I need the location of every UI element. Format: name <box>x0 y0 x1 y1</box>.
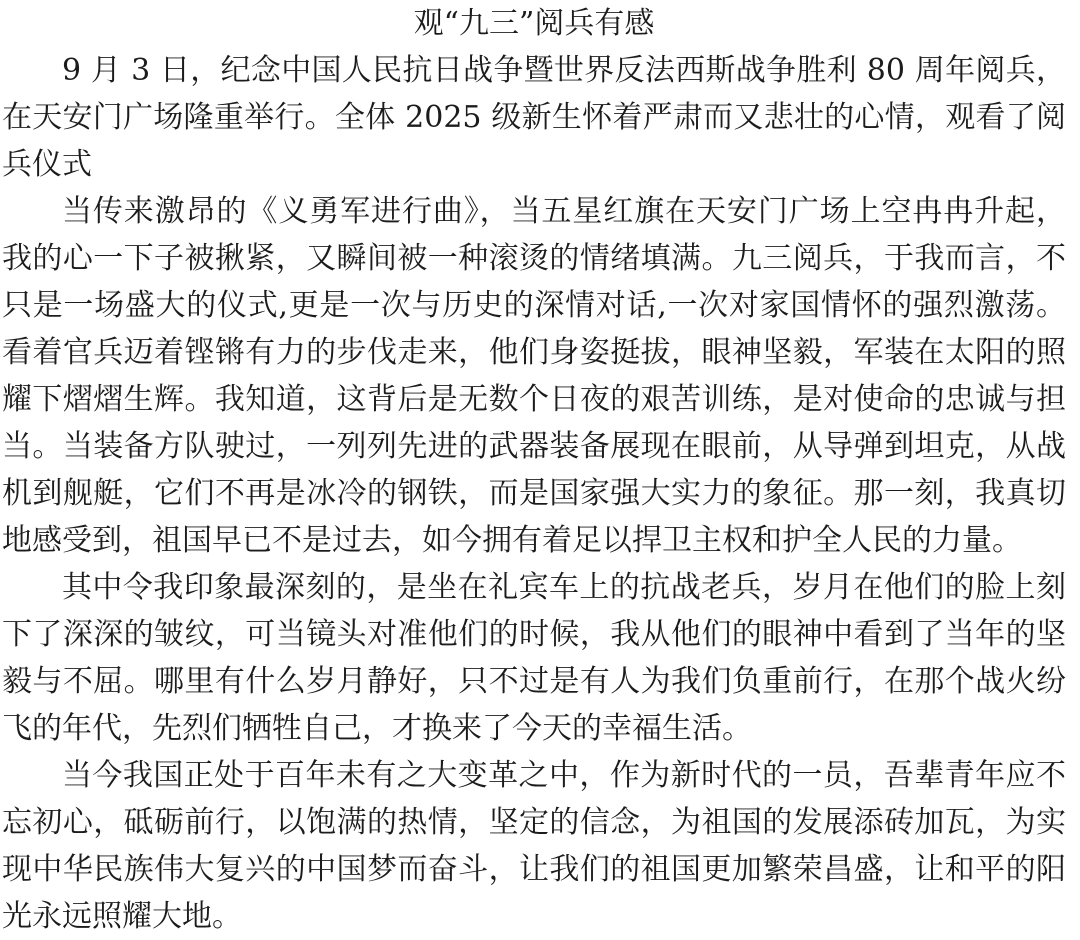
text-line: 光永远照耀大地。 <box>2 893 1066 940</box>
document-page: 观“九三”阅兵有感 9 月 3 日，纪念中国人民抗日战争暨世界反法西斯战争胜利 … <box>0 0 1080 940</box>
text-line: 当传来激昂的《义勇军进行曲》，当五星红旗在天安门广场上空冉冉升起， <box>2 188 1066 235</box>
paragraph: 其中令我印象最深刻的，是坐在礼宾车上的抗战老兵，岁月在他们的脸上刻下了深深的皱纹… <box>2 564 1066 752</box>
paragraph: 当今我国正处于百年未有之大变革之中，作为新时代的一员，吾辈青年应不忘初心，砥砺前… <box>2 752 1066 940</box>
text-line: 当。当装备方队驶过，一列列先进的武器装备展现在眼前，从导弹到坦克，从战 <box>2 423 1066 470</box>
text-line: 当今我国正处于百年未有之大变革之中，作为新时代的一员，吾辈青年应不 <box>2 752 1066 799</box>
text-line: 在天安门广场隆重举行。全体 2025 级新生怀着严肃而又悲壮的心情，观看了阅 <box>2 94 1066 141</box>
text-line: 毅与不屈。哪里有什么岁月静好，只不过是有人为我们负重前行，在那个战火纷 <box>2 658 1066 705</box>
text-line: 9 月 3 日，纪念中国人民抗日战争暨世界反法西斯战争胜利 80 周年阅兵， <box>2 47 1066 94</box>
paragraph: 当传来激昂的《义勇军进行曲》，当五星红旗在天安门广场上空冉冉升起，我的心一下子被… <box>2 188 1066 564</box>
document-title: 观“九三”阅兵有感 <box>2 0 1066 47</box>
text-line: 飞的年代，先烈们牺牲自己，才换来了今天的幸福生活。 <box>2 705 1066 752</box>
text-line: 忘初心，砥砺前行，以饱满的热情，坚定的信念，为祖国的发展添砖加瓦，为实 <box>2 799 1066 846</box>
document-body: 9 月 3 日，纪念中国人民抗日战争暨世界反法西斯战争胜利 80 周年阅兵，在天… <box>2 47 1066 940</box>
text-line: 现中华民族伟大复兴的中国梦而奋斗，让我们的祖国更加繁荣昌盛，让和平的阳 <box>2 846 1066 893</box>
text-line: 机到舰艇，它们不再是冰冷的钢铁，而是国家强大实力的象征。那一刻，我真切 <box>2 470 1066 517</box>
text-line: 兵仪式 <box>2 141 1066 188</box>
text-line: 地感受到，祖国早已不是过去，如今拥有着足以捍卫主权和护全人民的力量。 <box>2 517 1066 564</box>
text-line: 只是一场盛大的仪式,更是一次与历史的深情对话,一次对家国情怀的强烈激荡。 <box>2 282 1066 329</box>
paragraph: 9 月 3 日，纪念中国人民抗日战争暨世界反法西斯战争胜利 80 周年阅兵，在天… <box>2 47 1066 188</box>
text-line: 耀下熠熠生辉。我知道，这背后是无数个日夜的艰苦训练，是对使命的忠诚与担 <box>2 376 1066 423</box>
text-line: 其中令我印象最深刻的，是坐在礼宾车上的抗战老兵，岁月在他们的脸上刻 <box>2 564 1066 611</box>
text-line: 看着官兵迈着铿锵有力的步伐走来，他们身姿挺拔，眼神坚毅，军装在太阳的照 <box>2 329 1066 376</box>
text-line: 我的心一下子被揪紧，又瞬间被一种滚烫的情绪填满。九三阅兵，于我而言，不 <box>2 235 1066 282</box>
text-line: 下了深深的皱纹，可当镜头对准他们的时候，我从他们的眼神中看到了当年的坚 <box>2 611 1066 658</box>
